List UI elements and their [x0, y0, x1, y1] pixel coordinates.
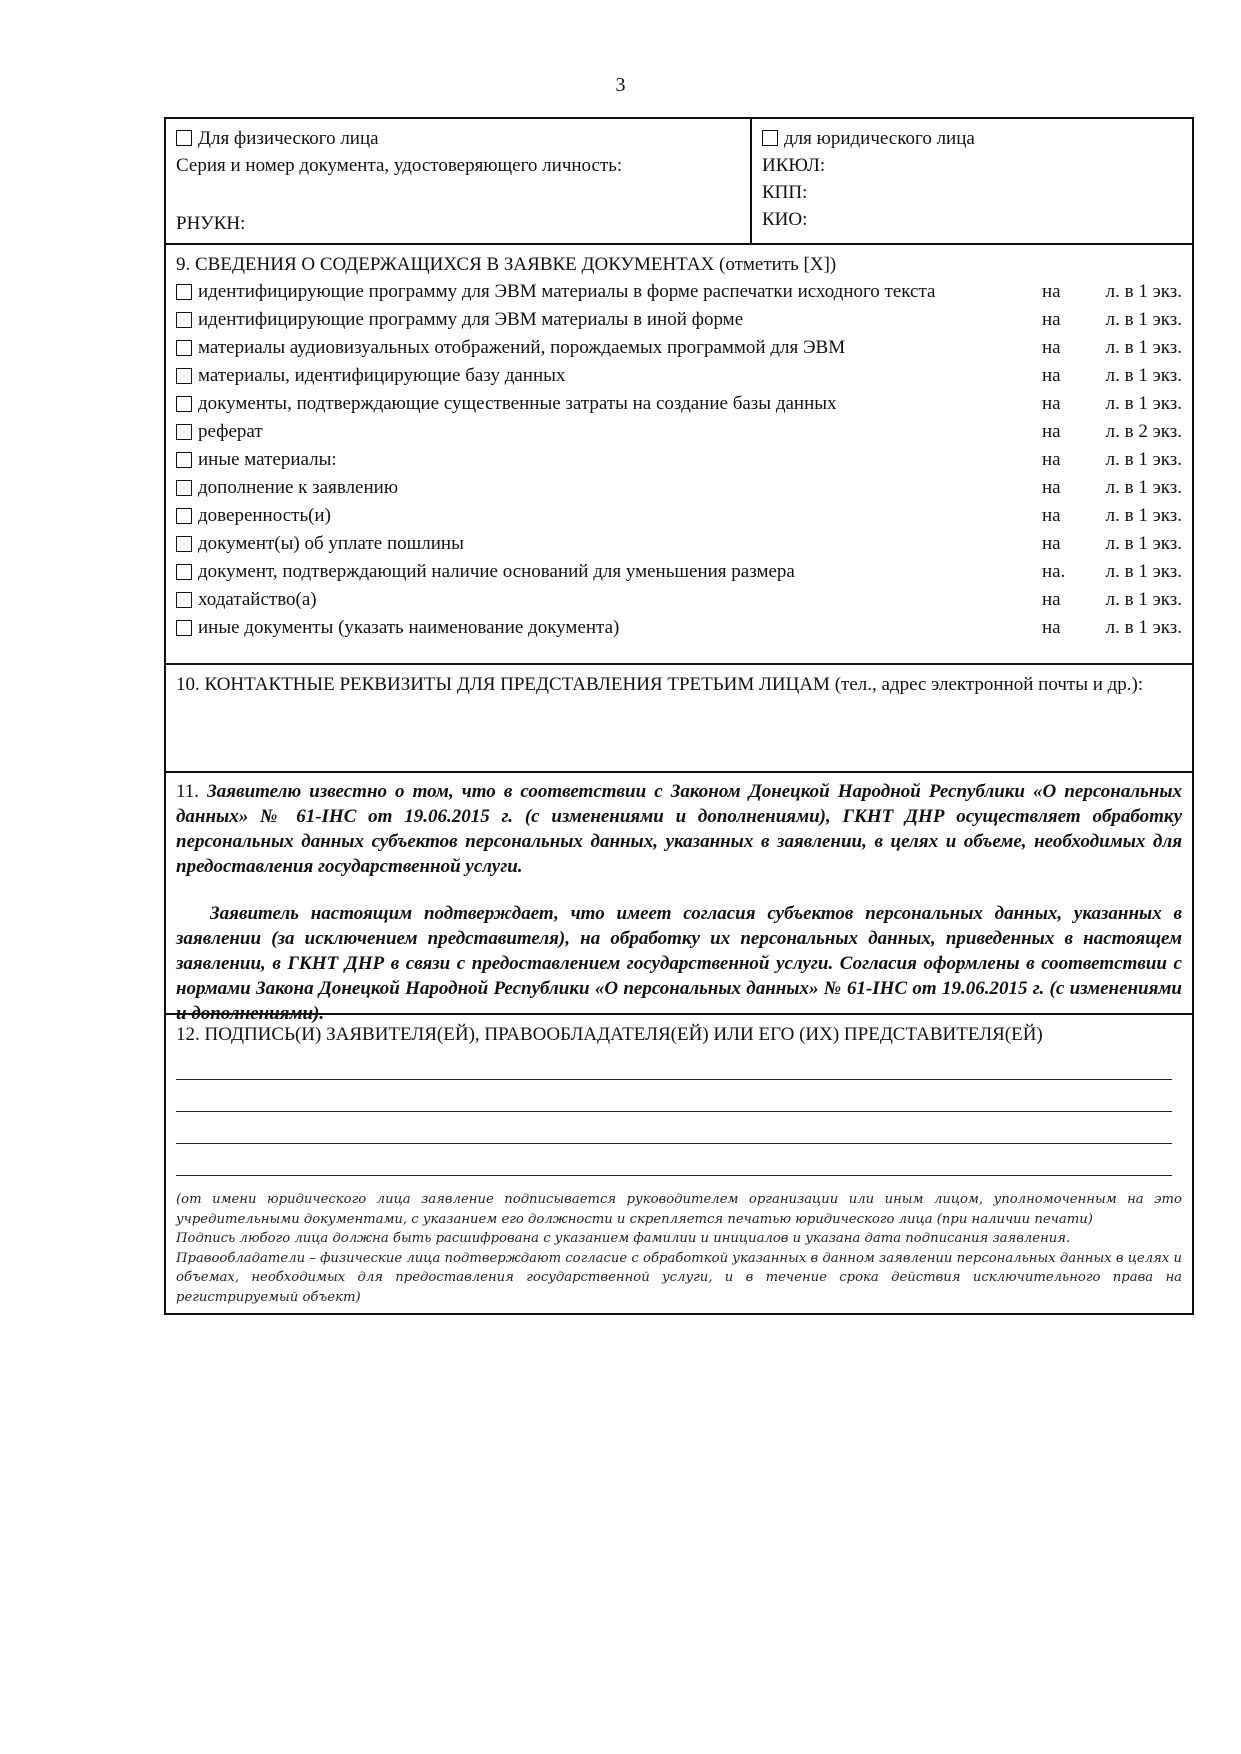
- document-item: документ, подтверждающий наличие основан…: [176, 558, 1182, 586]
- document-label: дополнение к заявлению: [198, 477, 1042, 499]
- signature-section-title: 12. ПОДПИСЬ(И) ЗАЯВИТЕЛЯ(ЕЙ), ПРАВООБЛАД…: [176, 1021, 1182, 1048]
- document-label: материалы аудиовизуальных отображений, п…: [198, 337, 1042, 359]
- document-label: реферат: [198, 421, 1042, 443]
- consent-paragraph-2: Заявитель настоящим подтверждает, что им…: [176, 901, 1182, 1026]
- copies-count: л. в 1 экз.: [1090, 533, 1182, 555]
- document-item: материалы, идентифицирующие базу данныхн…: [176, 362, 1182, 390]
- legal-entity-column: для юридического лица ИКЮЛ: КПП: КИО:: [752, 119, 1192, 243]
- sheet-count-prefix: на: [1042, 365, 1090, 387]
- document-item: иные документы (указать наименование док…: [176, 614, 1182, 642]
- document-item: документы, подтверждающие существенные з…: [176, 390, 1182, 418]
- individual-checkbox[interactable]: [176, 130, 192, 146]
- document-checkbox[interactable]: [176, 396, 192, 412]
- document-label: идентифицирующие программу для ЭВМ матер…: [198, 309, 1042, 331]
- document-item: идентифицирующие программу для ЭВМ матер…: [176, 306, 1182, 334]
- signature-line[interactable]: [176, 1144, 1172, 1176]
- document-label: документы, подтверждающие существенные з…: [198, 393, 1042, 415]
- sheet-count-prefix: на: [1042, 309, 1090, 331]
- page-number: 3: [0, 74, 1241, 97]
- document-checkbox[interactable]: [176, 592, 192, 608]
- document-checkbox[interactable]: [176, 480, 192, 496]
- signature-line[interactable]: [176, 1048, 1172, 1080]
- document-checkbox[interactable]: [176, 312, 192, 328]
- consent-paragraph-1: Заявителю известно о том, что в соответс…: [176, 781, 1182, 877]
- document-checkbox[interactable]: [176, 508, 192, 524]
- documents-section: 9. СВЕДЕНИЯ О СОДЕРЖАЩИХСЯ В ЗАЯВКЕ ДОКУ…: [166, 245, 1192, 665]
- document-item: иные материалы:нал. в 1 экз.: [176, 446, 1182, 474]
- application-form: Для физического лица Серия и номер докум…: [164, 117, 1194, 1315]
- document-item: дополнение к заявлениюнал. в 1 экз.: [176, 474, 1182, 502]
- document-label: иные документы (указать наименование док…: [198, 617, 1042, 639]
- document-label: материалы, идентифицирующие базу данных: [198, 365, 1042, 387]
- document-label: документ, подтверждающий наличие основан…: [198, 561, 1042, 583]
- signature-note: (от имени юридического лица заявление по…: [176, 1190, 1182, 1229]
- legal-entity-label: для юридического лица: [784, 128, 975, 149]
- document-item: документ(ы) об уплате пошлинынал. в 1 эк…: [176, 530, 1182, 558]
- document-checkbox[interactable]: [176, 452, 192, 468]
- document-checkbox[interactable]: [176, 620, 192, 636]
- signature-line[interactable]: [176, 1112, 1172, 1144]
- sheet-count-prefix: на: [1042, 477, 1090, 499]
- document-label: иные материалы:: [198, 449, 1042, 471]
- sheet-count-prefix: на: [1042, 337, 1090, 359]
- document-label: документ(ы) об уплате пошлины: [198, 533, 1042, 555]
- signature-section: 12. ПОДПИСЬ(И) ЗАЯВИТЕЛЯ(ЕЙ), ПРАВООБЛАД…: [166, 1015, 1192, 1313]
- document-item: рефератнал. в 2 экз.: [176, 418, 1182, 446]
- rnukn-field[interactable]: РНУКН:: [176, 213, 245, 235]
- copies-count: л. в 1 экз.: [1090, 309, 1182, 331]
- legal-entity-option: для юридического лица: [762, 125, 1182, 152]
- individual-label: Для физического лица: [198, 128, 379, 149]
- sheet-count-prefix: на: [1042, 589, 1090, 611]
- copies-count: л. в 1 экз.: [1090, 505, 1182, 527]
- copies-count: л. в 2 экз.: [1090, 421, 1182, 443]
- sheet-count-prefix: на: [1042, 505, 1090, 527]
- documents-section-title: 9. СВЕДЕНИЯ О СОДЕРЖАЩИХСЯ В ЗАЯВКЕ ДОКУ…: [176, 251, 1182, 278]
- sheet-count-prefix: на: [1042, 617, 1090, 639]
- applicant-type-section: Для физического лица Серия и номер докум…: [166, 119, 1192, 245]
- document-label: ходатайство(а): [198, 589, 1042, 611]
- individual-option: Для физического лица: [176, 125, 740, 152]
- document-checkbox[interactable]: [176, 536, 192, 552]
- signature-line[interactable]: [176, 1080, 1172, 1112]
- copies-count: л. в 1 экз.: [1090, 561, 1182, 583]
- document-checkbox[interactable]: [176, 424, 192, 440]
- personal-data-consent-section: 11. Заявителю известно о том, что в соот…: [166, 773, 1192, 1015]
- copies-count: л. в 1 экз.: [1090, 365, 1182, 387]
- kpp-field[interactable]: КПП:: [762, 179, 1182, 206]
- contact-details-title: 10. КОНТАКТНЫЕ РЕКВИЗИТЫ ДЛЯ ПРЕДСТАВЛЕН…: [176, 671, 1182, 698]
- identity-document-field[interactable]: Серия и номер документа, удостоверяющего…: [176, 152, 740, 179]
- ikyul-field[interactable]: ИКЮЛ:: [762, 152, 1182, 179]
- document-checkbox[interactable]: [176, 284, 192, 300]
- legal-entity-checkbox[interactable]: [762, 130, 778, 146]
- consent-number: 11.: [176, 781, 207, 802]
- kio-field[interactable]: КИО:: [762, 206, 1182, 233]
- signature-note: Подпись любого лица должна быть расшифро…: [176, 1229, 1182, 1249]
- sheet-count-prefix: на.: [1042, 561, 1090, 583]
- document-item: идентифицирующие программу для ЭВМ матер…: [176, 278, 1182, 306]
- document-item: доверенность(и)нал. в 1 экз.: [176, 502, 1182, 530]
- signature-note: Правообладатели – физические лица подтве…: [176, 1249, 1182, 1308]
- document-checkbox[interactable]: [176, 368, 192, 384]
- signature-notes: (от имени юридического лица заявление по…: [176, 1190, 1182, 1307]
- copies-count: л. в 1 экз.: [1090, 477, 1182, 499]
- sheet-count-prefix: на: [1042, 421, 1090, 443]
- document-item: материалы аудиовизуальных отображений, п…: [176, 334, 1182, 362]
- copies-count: л. в 1 экз.: [1090, 449, 1182, 471]
- sheet-count-prefix: на: [1042, 449, 1090, 471]
- documents-list: идентифицирующие программу для ЭВМ матер…: [176, 278, 1182, 642]
- copies-count: л. в 1 экз.: [1090, 589, 1182, 611]
- copies-count: л. в 1 экз.: [1090, 337, 1182, 359]
- sheet-count-prefix: на: [1042, 281, 1090, 303]
- document-checkbox[interactable]: [176, 564, 192, 580]
- sheet-count-prefix: на: [1042, 533, 1090, 555]
- contact-details-section[interactable]: 10. КОНТАКТНЫЕ РЕКВИЗИТЫ ДЛЯ ПРЕДСТАВЛЕН…: [166, 665, 1192, 773]
- copies-count: л. в 1 экз.: [1090, 617, 1182, 639]
- individual-column: Для физического лица Серия и номер докум…: [166, 119, 752, 243]
- document-item: ходатайство(а)нал. в 1 экз.: [176, 586, 1182, 614]
- copies-count: л. в 1 экз.: [1090, 281, 1182, 303]
- document-label: доверенность(и): [198, 505, 1042, 527]
- document-label: идентифицирующие программу для ЭВМ матер…: [198, 281, 1042, 303]
- document-checkbox[interactable]: [176, 340, 192, 356]
- copies-count: л. в 1 экз.: [1090, 393, 1182, 415]
- sheet-count-prefix: на: [1042, 393, 1090, 415]
